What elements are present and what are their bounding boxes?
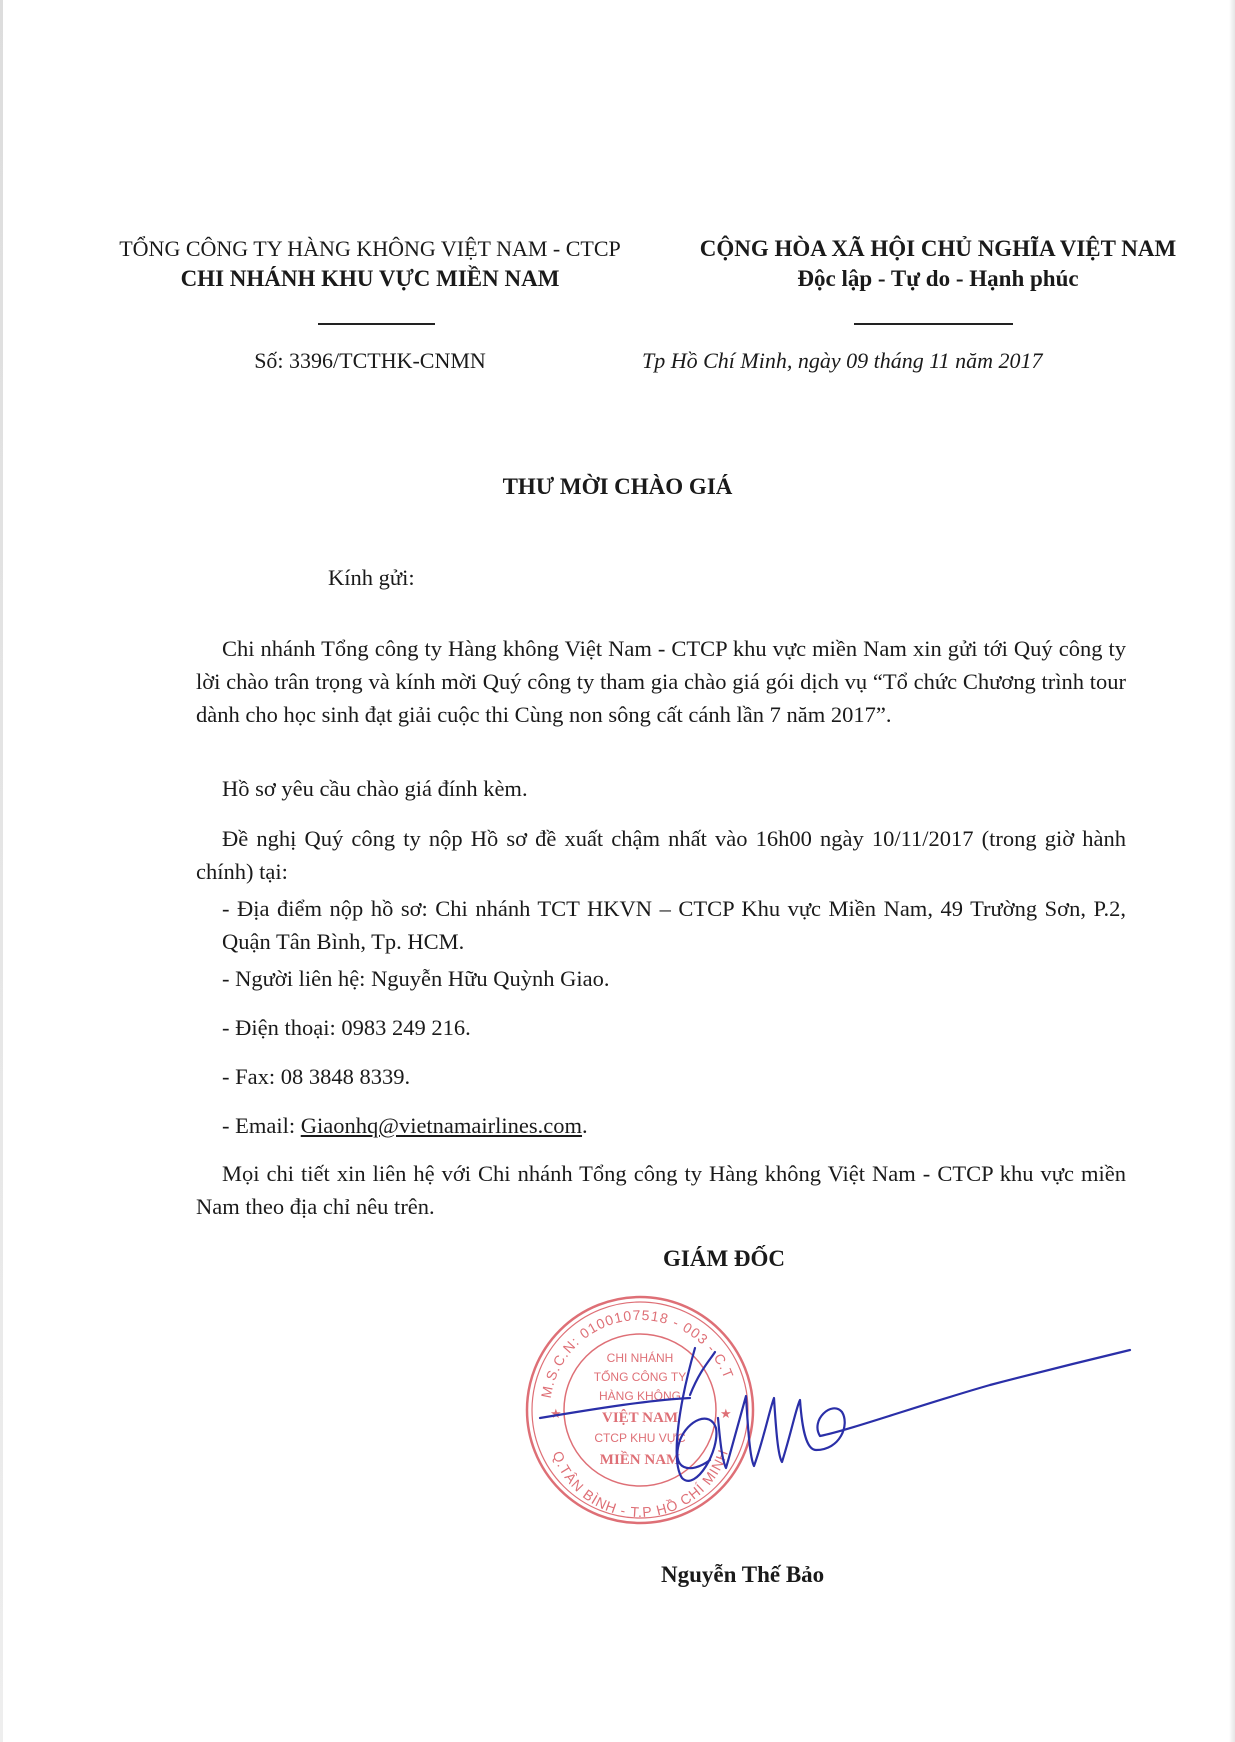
deadline-paragraph: Đề nghị Quý công ty nộp Hồ sơ đề xuất ch…	[196, 822, 1126, 888]
attachment-note: Hồ sơ yêu cầu chào giá đính kèm.	[196, 772, 1126, 805]
email-label: - Email:	[222, 1113, 301, 1138]
scan-edge-left	[0, 0, 3, 1742]
nation-name: CỘNG HÒA XÃ HỘI CHỦ NGHĨA VIỆT NAM	[678, 236, 1198, 262]
header-left-rule	[318, 323, 435, 325]
email-link[interactable]: Giaonhq@vietnamairlines.com	[301, 1113, 582, 1138]
intro-paragraph: Chi nhánh Tổng công ty Hàng không Việt N…	[196, 632, 1126, 731]
fax-number: - Fax: 08 3848 8339.	[222, 1060, 1126, 1093]
org-parent-name: TỔNG CÔNG TY HÀNG KHÔNG VIỆT NAM - CTCP	[80, 236, 660, 262]
org-branch-name: CHI NHÁNH KHU VỰC MIỀN NAM	[80, 266, 660, 292]
scan-edge-right	[1229, 0, 1235, 1742]
submission-address: - Địa điểm nộp hồ sơ: Chi nhánh TCT HKVN…	[222, 892, 1126, 958]
phone-number: - Điện thoại: 0983 249 216.	[222, 1011, 1126, 1044]
handwritten-signature-icon	[520, 1300, 1140, 1520]
salutation: Kính gửi:	[328, 561, 415, 594]
header-right-rule	[854, 323, 1013, 325]
signer-position: GIÁM ĐỐC	[663, 1246, 785, 1272]
email-line: - Email: Giaonhq@vietnamairlines.com.	[222, 1109, 1126, 1142]
signer-name: Nguyễn Thế Bảo	[661, 1562, 824, 1588]
document-title: THƯ MỜI CHÀO GIÁ	[0, 474, 1235, 500]
place-and-date: Tp Hồ Chí Minh, ngày 09 tháng 11 năm 201…	[642, 348, 1042, 374]
contact-person: - Người liên hệ: Nguyễn Hữu Quỳnh Giao.	[222, 962, 1126, 995]
closing-paragraph: Mọi chi tiết xin liên hệ với Chi nhánh T…	[196, 1157, 1126, 1223]
national-motto: Độc lập - Tự do - Hạnh phúc	[678, 266, 1198, 292]
document-number: Số: 3396/TCTHK-CNMN	[80, 348, 660, 374]
email-suffix: .	[582, 1113, 588, 1138]
